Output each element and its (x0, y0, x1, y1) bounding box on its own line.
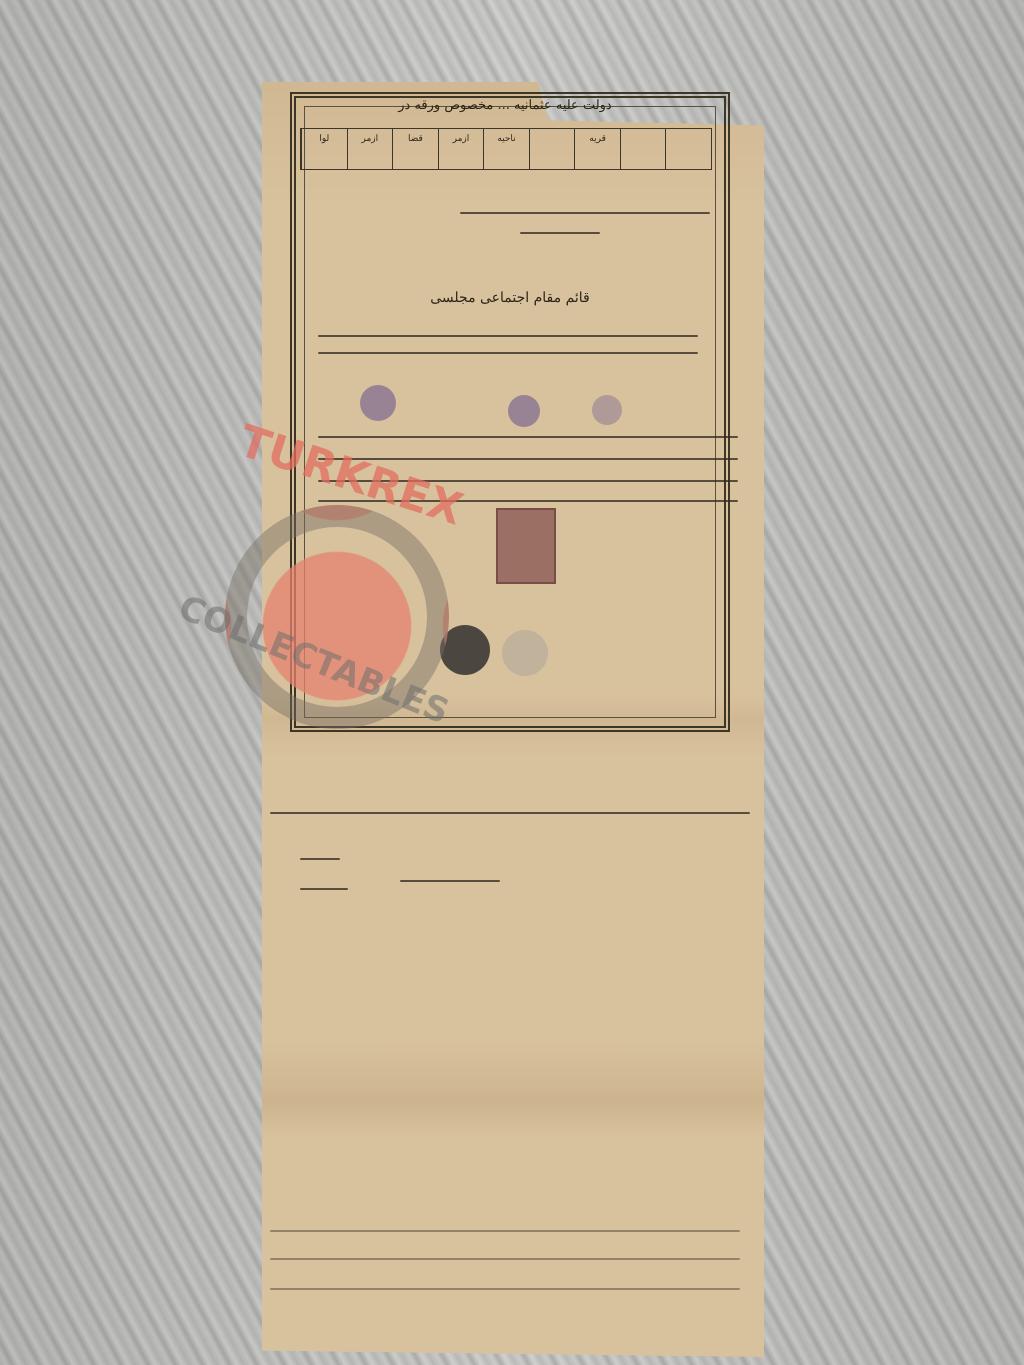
header-grid: لوا ازمر قضا ازمر ناحیه قریه (300, 128, 712, 170)
ink-seal (508, 395, 540, 427)
faded-handwriting (270, 1230, 740, 1232)
blind-seal (502, 630, 548, 676)
handwriting-line (520, 232, 600, 234)
signature (300, 888, 348, 890)
grid-cell (665, 129, 711, 169)
handwriting-line (318, 335, 698, 337)
revenue-stamp (496, 508, 556, 584)
faded-handwriting (270, 1288, 740, 1290)
signature (400, 880, 500, 882)
handwriting-line (318, 436, 738, 438)
document-header: دولت علیه عثمانیه ... مخصوص ورقه در (300, 98, 710, 120)
grid-cell: لوا (301, 129, 347, 169)
grid-cell: ناحیه (483, 129, 529, 169)
handwriting-line (318, 352, 698, 354)
grid-cell: ازمر (347, 129, 393, 169)
ink-seal (592, 395, 622, 425)
faded-handwriting (270, 1258, 740, 1260)
signature (300, 858, 340, 860)
grid-cell (620, 129, 666, 169)
grid-cell: قریه (574, 129, 620, 169)
section-title: قائم مقام اجتماعی مجلسی (420, 290, 600, 306)
grid-cell: ازمر (438, 129, 484, 169)
handwriting-line (460, 212, 710, 214)
grid-cell (529, 129, 575, 169)
grid-cell: قضا (392, 129, 438, 169)
handwriting-line (270, 812, 750, 814)
ink-seal (360, 385, 396, 421)
